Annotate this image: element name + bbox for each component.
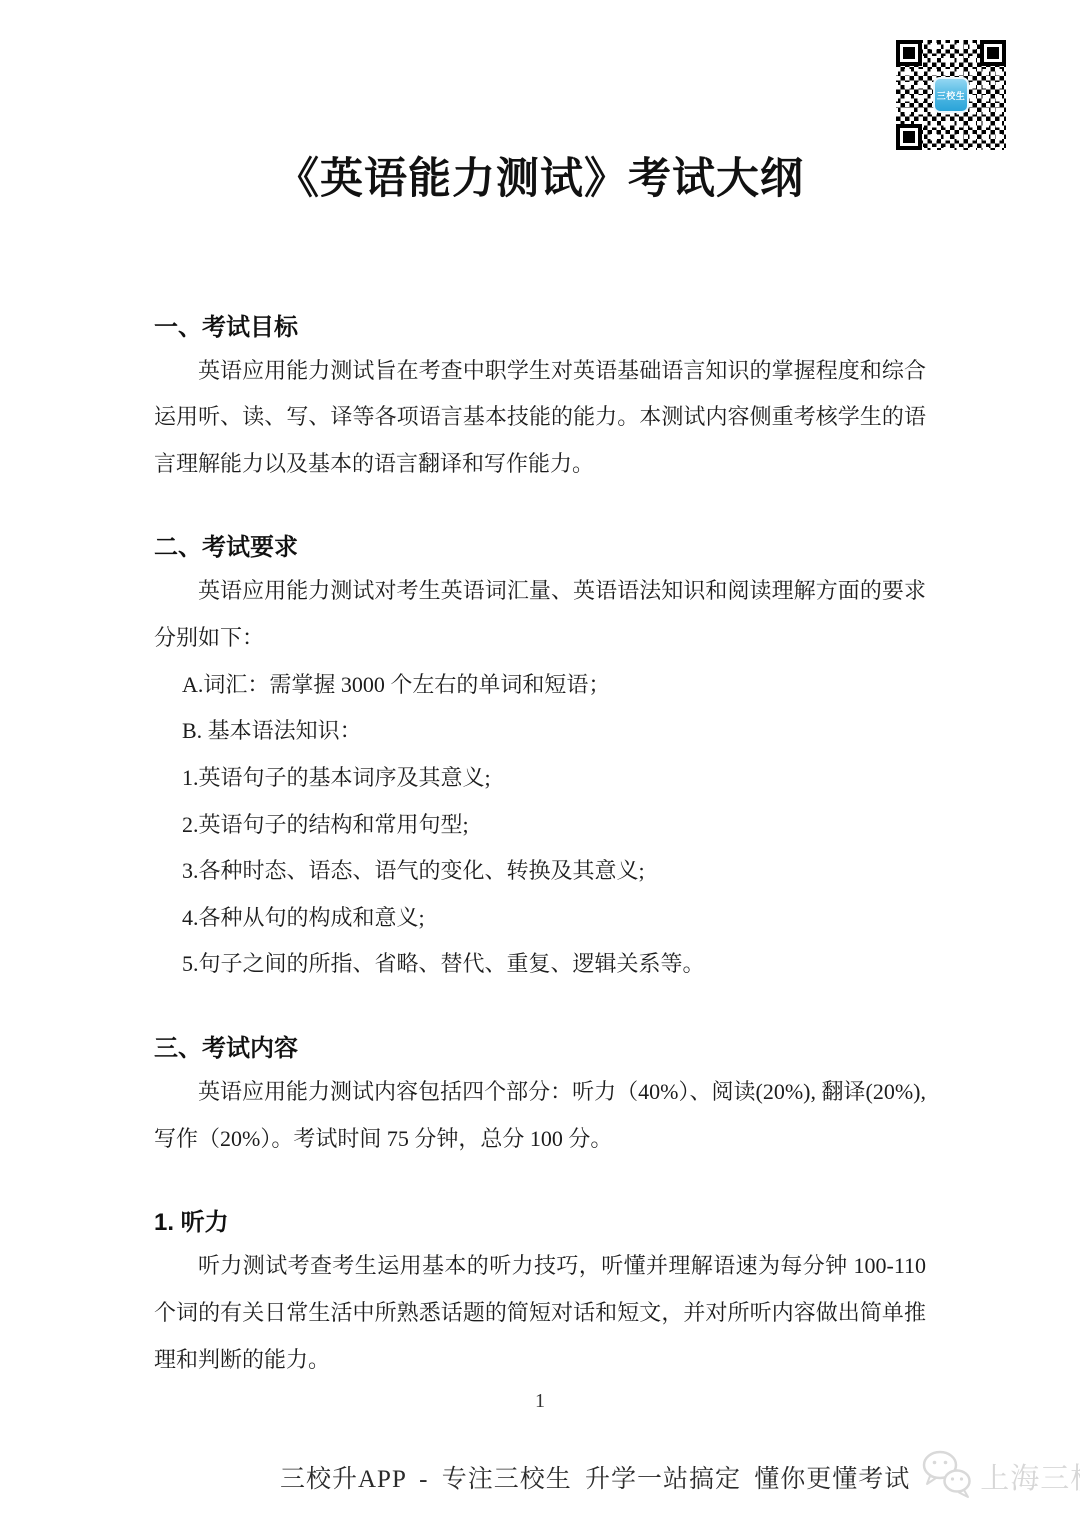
qr-center-logo: 三校生 (933, 77, 969, 113)
qr-finder-bottom-left-icon (896, 124, 922, 150)
document-page: 三校生 《英语能力测试》考试大纲 一、考试目标 英语应用能力测试旨在考查中职学生… (0, 0, 1080, 1527)
list-item: B. 基本语法知识： (182, 708, 926, 755)
requirements-list: A.词汇：需掌握 3000 个左右的单词和短语； B. 基本语法知识： 1.英语… (154, 662, 926, 988)
list-item: 4.各种从句的构成和意义; (182, 895, 926, 942)
qr-finder-top-right-icon (980, 40, 1006, 66)
section-heading-listening: 1. 听力 (154, 1208, 926, 1238)
document-body: 一、考试目标 英语应用能力测试旨在考查中职学生对英语基础语言知识的掌握程度和综合… (0, 313, 1080, 1384)
page-footer: 三校升APP - 专注三校生 升学一站搞定 懂你更懂考试 上海三校生之家 (280, 1448, 1080, 1505)
paragraph: 英语应用能力测试内容包括四个部分：听力（40%）、阅读(20%), 翻译(20%… (154, 1069, 926, 1162)
wechat-icon (920, 1448, 974, 1505)
list-item: 2.英语句子的结构和常用句型; (182, 802, 926, 849)
qr-code: 三校生 (892, 36, 1010, 154)
page-number: 1 (0, 1390, 1080, 1413)
paragraph: 英语应用能力测试旨在考查中职学生对英语基础语言知识的掌握程度和综合运用听、读、写… (154, 348, 926, 488)
list-item: 1.英语句子的基本词序及其意义; (182, 755, 926, 802)
section-heading-exam-requirements: 二、考试要求 (154, 533, 926, 563)
paragraph: 英语应用能力测试对考生英语词汇量、英语语法知识和阅读理解方面的要求分别如下： (154, 568, 926, 661)
list-item: 3.各种时态、语态、语气的变化、转换及其意义; (182, 848, 926, 895)
qr-finder-top-left-icon (896, 40, 922, 66)
list-item: A.词汇：需掌握 3000 个左右的单词和短语； (182, 662, 926, 709)
paragraph: 听力测试考查考生运用基本的听力技巧，听懂并理解语速为每分钟 100-110 个词… (154, 1243, 926, 1383)
section-heading-exam-goals: 一、考试目标 (154, 313, 926, 343)
watermark-text: 上海三校生之家 (980, 1456, 1080, 1497)
list-item: 5.句子之间的所指、省略、替代、重复、逻辑关系等。 (182, 941, 926, 988)
footer-promo-text: 三校升APP - 专注三校生 升学一站搞定 懂你更懂考试 (280, 1459, 910, 1495)
section-heading-exam-content: 三、考试内容 (154, 1034, 926, 1064)
